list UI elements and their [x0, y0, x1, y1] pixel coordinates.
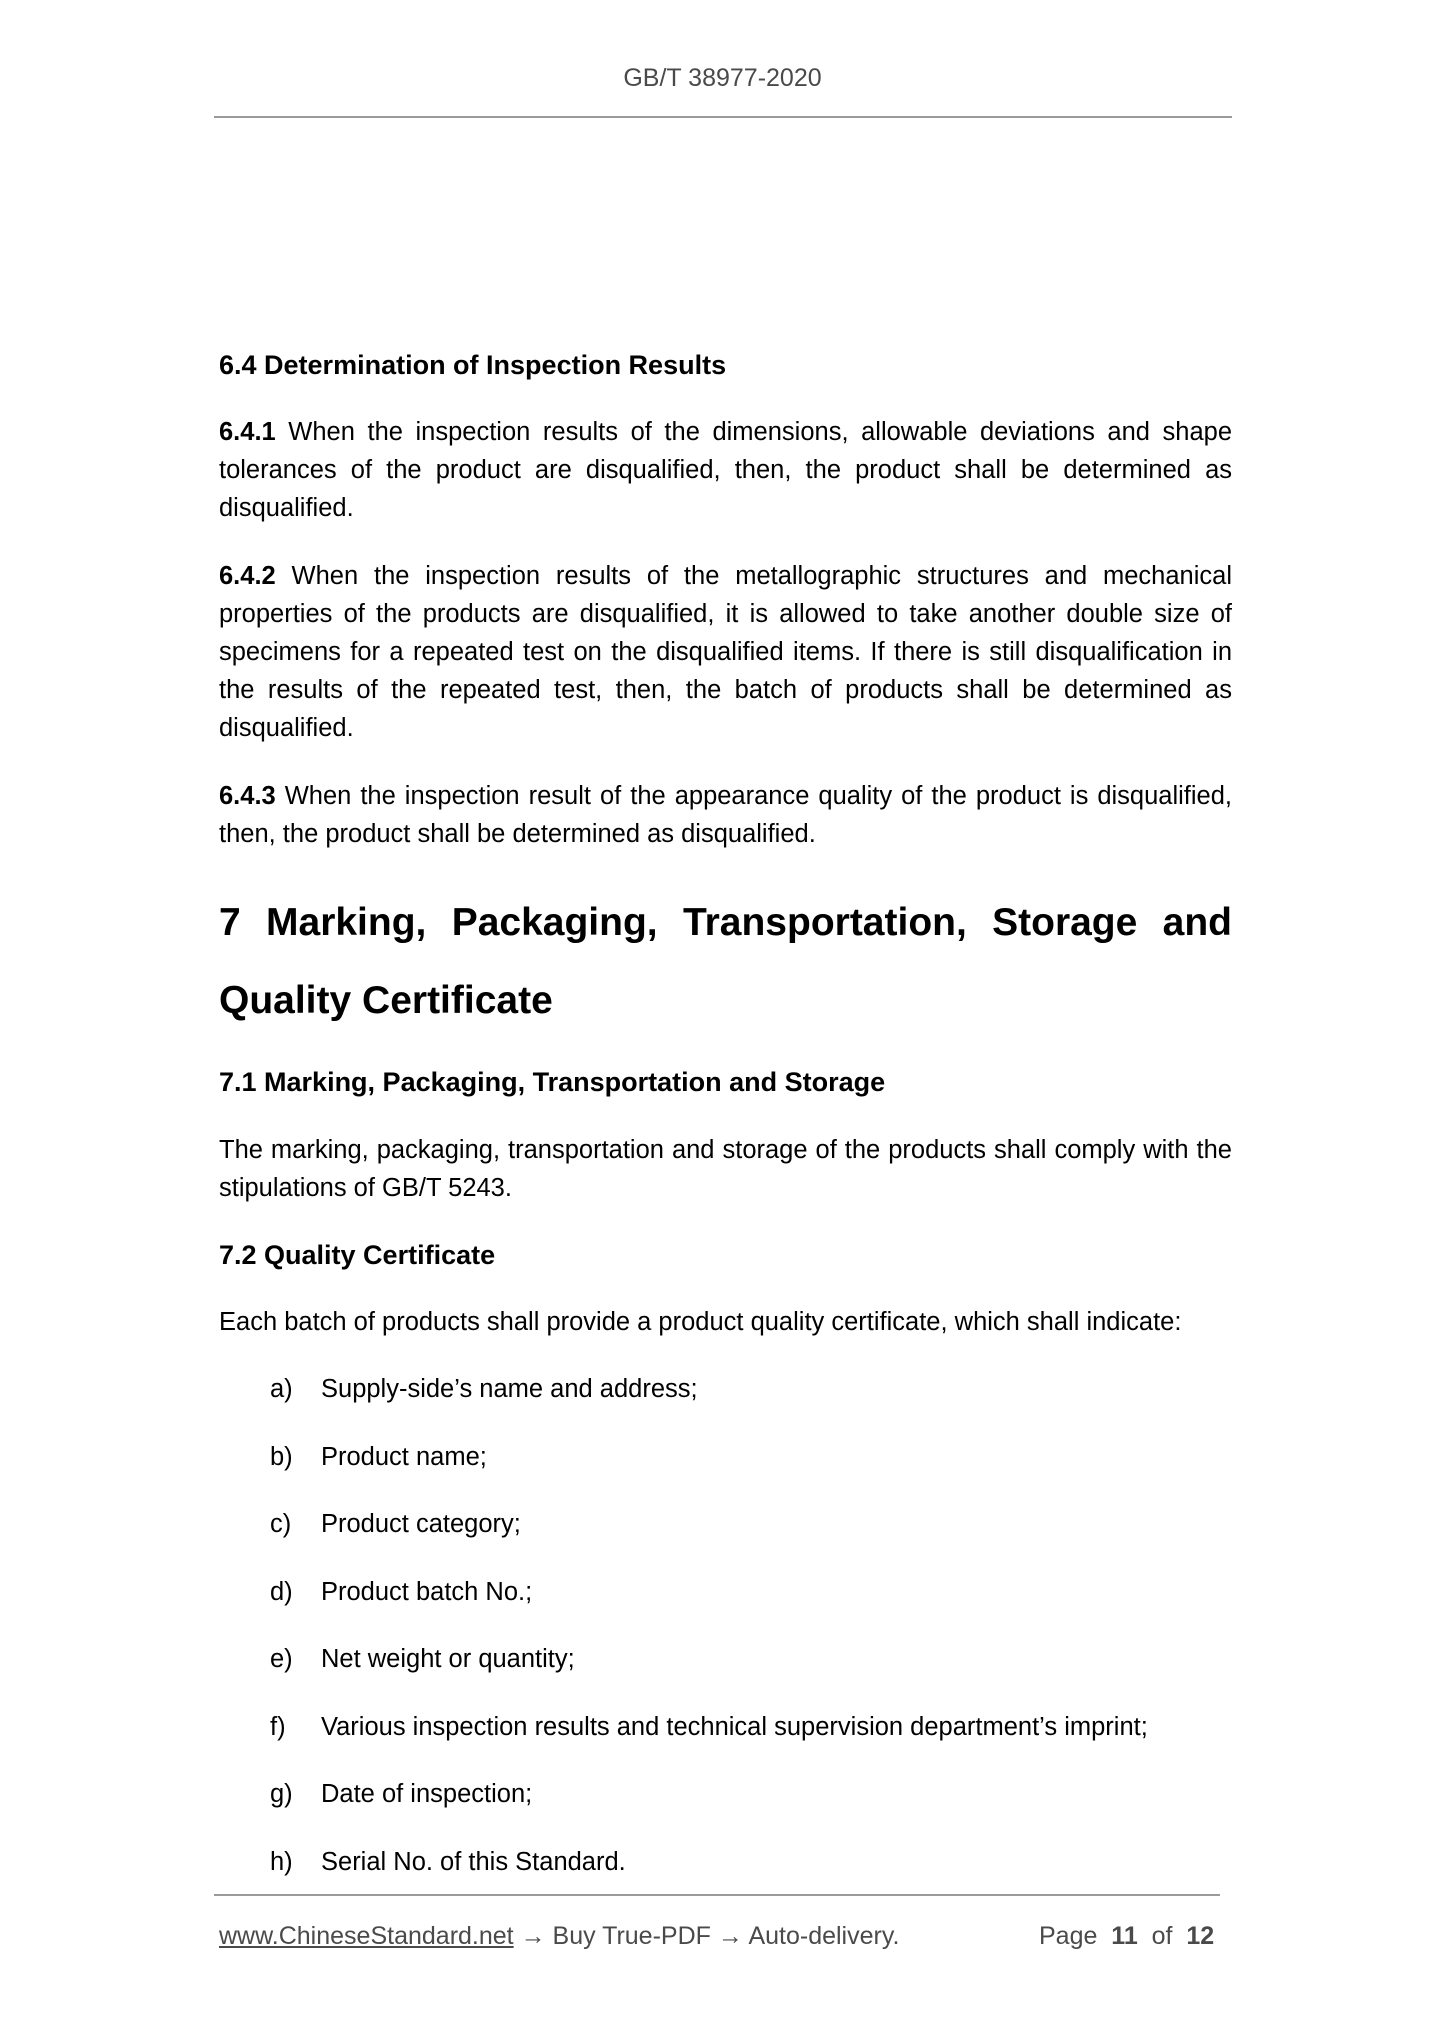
clause-text: When the inspection result of the appear…	[219, 782, 1232, 848]
of-label: of	[1152, 1922, 1173, 1950]
section-6-4-heading: 6.4 Determination of Inspection Results	[219, 348, 726, 382]
list-item-text: Net weight or quantity;	[321, 1642, 575, 1676]
page-current: 11	[1111, 1922, 1137, 1950]
section-7-1-heading: 7.1 Marking, Packaging, Transportation a…	[219, 1065, 885, 1099]
clause-number: 6.4.3	[219, 782, 276, 810]
list-marker: f)	[270, 1710, 286, 1744]
list-marker: g)	[270, 1777, 293, 1811]
page-label: Page	[1039, 1922, 1097, 1950]
document-id-header: GB/T 38977-2020	[0, 64, 1445, 93]
section-7-2-text: Each batch of products shall provide a p…	[219, 1303, 1232, 1341]
list-marker: d)	[270, 1575, 293, 1609]
section-7-heading-line2: Quality Certificate	[219, 962, 553, 1040]
list-marker: a)	[270, 1372, 293, 1406]
page-total: 12	[1186, 1922, 1214, 1950]
chinesestandard-link[interactable]: www.ChineseStandard.net	[219, 1922, 514, 1950]
list-marker: b)	[270, 1440, 293, 1474]
clause-6-4-1: 6.4.1 When the inspection results of the…	[219, 413, 1232, 527]
list-item-text: Date of inspection;	[321, 1777, 532, 1811]
section-7-2-heading: 7.2 Quality Certificate	[219, 1238, 495, 1272]
arrow-right-icon: →	[718, 1922, 743, 1950]
list-marker: h)	[270, 1845, 293, 1879]
section-7-heading-line1: 7 Marking, Packaging, Transportation, St…	[219, 884, 1232, 962]
list-marker: e)	[270, 1642, 293, 1676]
auto-delivery-text: Auto-delivery.	[748, 1922, 899, 1950]
list-marker: c)	[270, 1507, 291, 1541]
clause-number: 6.4.1	[219, 418, 276, 446]
list-item-text: Supply-side’s name and address;	[321, 1372, 698, 1406]
list-item-text: Product name;	[321, 1440, 487, 1474]
list-item-text: Various inspection results and technical…	[321, 1710, 1148, 1744]
clause-text: When the inspection results of the dimen…	[219, 418, 1232, 522]
clause-number: 6.4.2	[219, 562, 276, 590]
list-item-text: Product category;	[321, 1507, 521, 1541]
clause-6-4-2: 6.4.2 When the inspection results of the…	[219, 557, 1232, 747]
footer-divider	[214, 1894, 1220, 1896]
clause-6-4-3: 6.4.3 When the inspection result of the …	[219, 777, 1232, 853]
arrow-right-icon: →	[521, 1922, 546, 1950]
footer-promo: www.ChineseStandard.net → Buy True-PDF →…	[219, 1922, 899, 1951]
section-7-1-text: The marking, packaging, transportation a…	[219, 1131, 1232, 1207]
page-indicator: Page 11 of 12	[1039, 1922, 1214, 1951]
clause-text: When the inspection results of the metal…	[219, 562, 1232, 742]
list-item-text: Serial No. of this Standard.	[321, 1845, 626, 1879]
list-item-text: Product batch No.;	[321, 1575, 532, 1609]
header-divider	[214, 116, 1232, 118]
buy-true-pdf-text: Buy True-PDF	[553, 1922, 711, 1950]
